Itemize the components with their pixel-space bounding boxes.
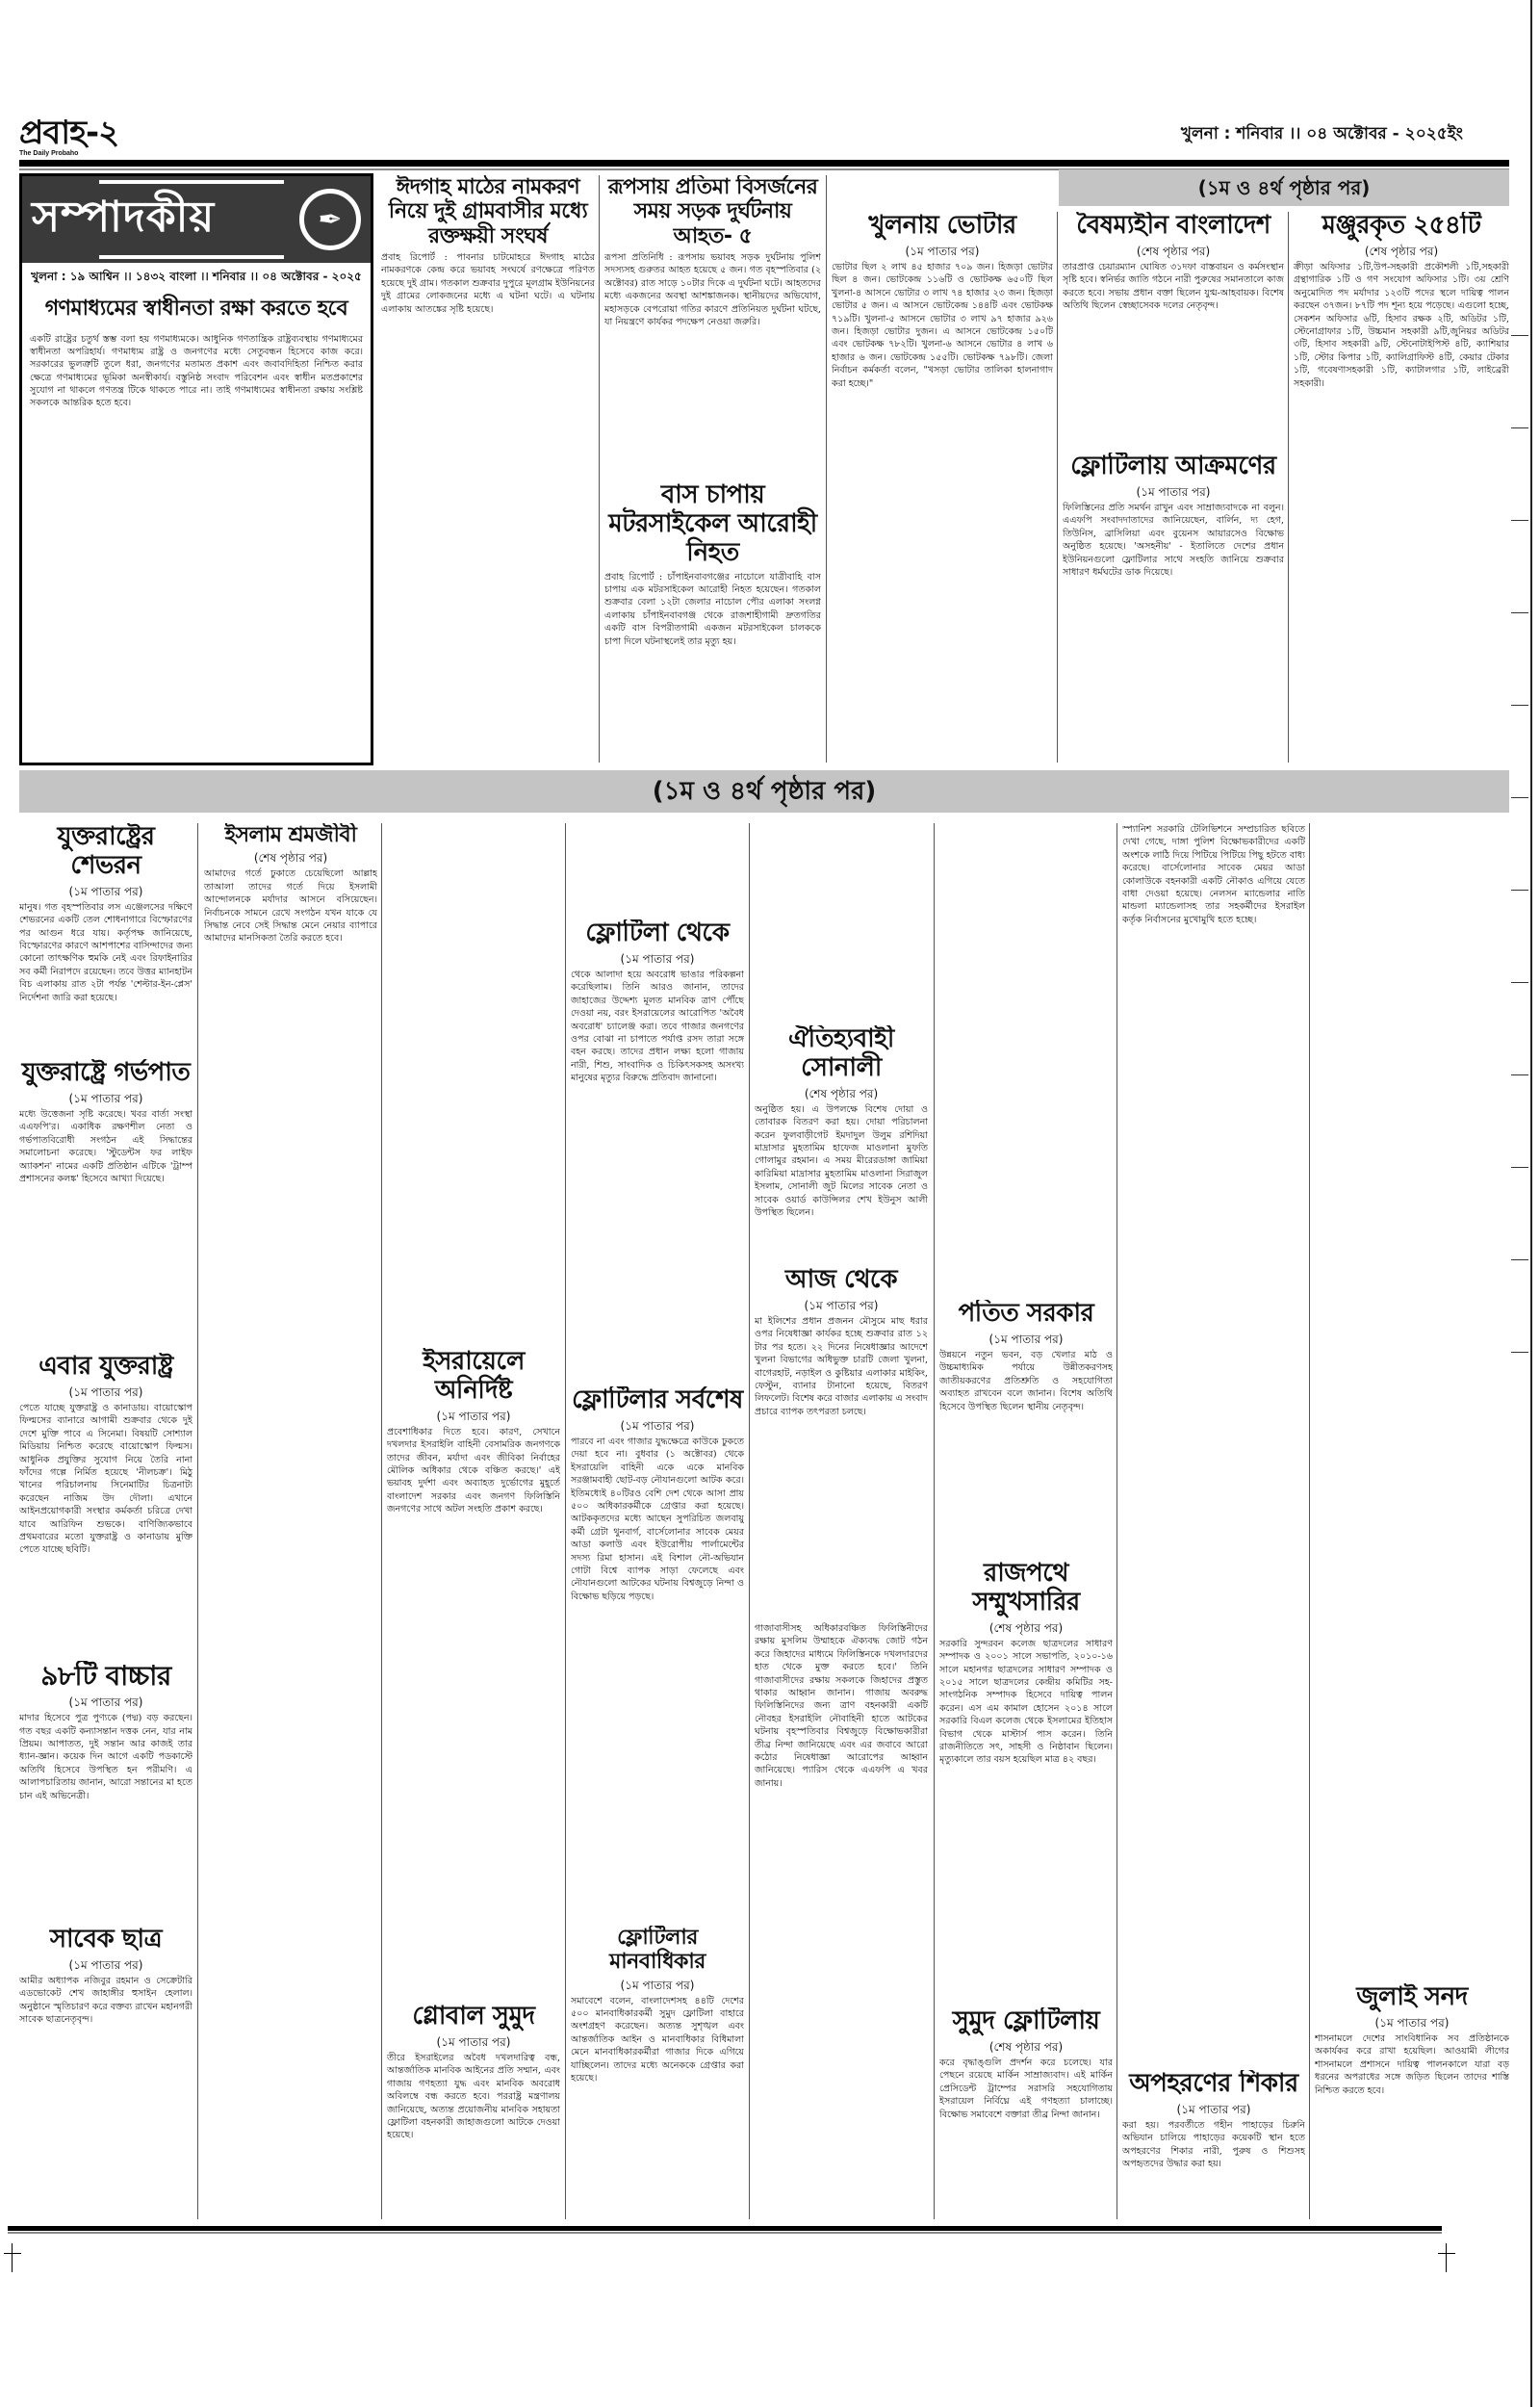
story-islam-workers: ইসলাম শ্রমজীবী (শেষ পৃষ্ঠার পর) আমাদের গ… [204,823,377,2219]
story-headline: রাজপথে সম্মুখসারির [939,1560,1113,1618]
jump-label: (১ম পাতার পর) [1122,2102,1305,2117]
jump-label: (শেষ পৃষ্ঠার পর) [939,2039,1113,2055]
story-body: প্রবাহ রিপোর্ট : চাঁপাইনবাবগঞ্জের নাচোলে… [604,571,821,648]
story-headline: ইসলাম শ্রমজীবী [204,823,377,847]
story-headline: এবার যুক্তরাষ্ট্র [19,1353,192,1382]
jump-label: (১ম পাতার পর) [571,1418,744,1434]
registration-mark-icon [4,2243,21,2272]
story-headline: ৯৮টি বাচ্চার [19,1661,192,1692]
jump-label: (১ম পাতার পর) [832,244,1053,259]
story-body: শাসনামলে দেশের সাংবিধানিক সব প্রতিষ্ঠানক… [1315,2032,1509,2097]
jump-label: (১ম পাতার পর) [19,1957,192,1973]
top-rule [19,160,1509,167]
story-headline: ঈদগাহ মাঠের নামকরণ নিয়ে দুই গ্রামবাসীর … [381,175,595,248]
story-eidgah-clash: ঈদগাহ মাঠের নামকরণ নিয়ে দুই গ্রামবাসীর … [381,175,595,763]
story-sumud-continued: গাজাবাসীসহ অধিকারবঞ্চিত ফিলিস্তিনীদের রক… [755,1622,928,2219]
story-body: আমাদের গর্তে ঢুকাতে চেয়েছিলো আল্লাহ তাআ… [204,867,377,945]
story-headline: রূপসায় প্রতিমা বিসর্জনের সময় সড়ক দুর্… [604,175,821,248]
column-rule [826,175,827,763]
jump-label: (১ম পাতার পর) [387,2034,560,2050]
story-98-children: ৯৮টি বাচ্চার (১ম পাতার পর) মাদার হিসেবে … [19,1661,192,1916]
story-headline: গ্লোবাল সুমুদ [387,2003,560,2032]
story-body: সরকারি সুন্দরবন কলেজ ছাত্রদলের সাধারণ সম… [939,1638,1113,1767]
story-traditional-sonali: ঐতিহ্যবাহী সোনালী (শেষ পৃষ্ঠার পর) অনুষ্… [755,1025,928,1295]
bottom-rule-thin [8,2232,1442,2234]
jump-label: (শেষ পৃষ্ঠার পর) [1294,244,1509,259]
story-july-charter: জুলাই সনদ (১ম পাতার পর) শাসনামলে দেশের স… [1315,1983,1509,2219]
jump-label: (১ম পাতার পর) [939,1332,1113,1347]
column-rule [749,823,750,2219]
story-body: পেতে যাচ্ছে যুক্তরাষ্ট্র ও কানাডায়। বায… [19,1402,192,1557]
story-boishommohin: বৈষম্যহীন বাংলাদেশ (শেষ পৃষ্ঠার পর) তারপ… [1063,212,1284,453]
story-chevron: যুক্তরাষ্ট্রের শেভরন (১ম পাতার পর) মানুষ… [19,823,192,1016]
bottom-rule [8,2226,1442,2231]
story-body: আমীর অধ্যাপক নজিবুর রহমান ও সেক্রেটারি এ… [19,1975,192,2027]
story-body: মধ্যে উত্তেজনা সৃষ্টি করেছে। খবর বার্তা … [19,1108,192,1185]
continuation-banner-top: (১ম ও ৪র্থ পৃষ্ঠার পর) [1059,169,1509,206]
story-headline: আজ থেকে [755,1266,928,1295]
story-headline: ইসরায়েলে অনির্দিষ্ট [387,1348,560,1406]
story-body: তারপ্রাপ্ত চেয়ারম্যান ঘোষিত ৩১দফা বাস্ত… [1063,261,1284,313]
story-from-today: আজ থেকে (১ম পাতার পর) মা ইলিশের প্রধান প… [755,1266,928,1613]
registration-mark-icon [1438,2243,1455,2272]
jump-label: (শেষ পৃষ্ঠার পর) [1063,244,1284,259]
story-body: রূপসা প্রতিনিধি : রূপসায় ভয়াবহ সড়ক দু… [604,251,821,328]
column-rule [197,823,198,2219]
jump-label: (১ম পাতার পর) [19,1385,192,1400]
editorial-date: খুলনা : ১৯ আশ্বিন ।। ১৪৩২ বাংলা ।। শনিবা… [22,263,371,290]
story-body: প্রবেশাধিকার দিতে হবে। কারণ, সেখানে দখলদ… [387,1426,560,1516]
story-rupsa-accident: রূপসায় প্রতিমা বিসর্জনের সময় সড়ক দুর্… [604,175,821,474]
story-body: প্রবাহ রিপোর্ট : পাবনার চাটমোহরে ঈদগাহ ম… [381,251,595,316]
story-body: তীরে ইসরাইলের অবৈধ দখলদারিত্ব বন্ধ, আন্ত… [387,2052,560,2142]
column-rule [1288,212,1289,763]
story-floatila-from: ফ্লোটিলা থেকে (১ম পাতার পর) থেকে আলাদা হ… [571,919,744,1208]
story-body: মানুষ। গত বৃহস্পতিবার লস এঞ্জেলসের দক্ষি… [19,901,192,1004]
story-usa-release: এবার যুক্তরাষ্ট্র (১ম পাতার পর) পেতে যাচ… [19,1353,192,1651]
story-body: পারবে না এবং গাজার যুদ্ধক্ষেত্রে কাউকে ঢ… [571,1436,744,1603]
story-khulna-voters: খুলনায় ভোটার (১ম পাতার পর) ভোটার ছিল ২ … [832,212,1053,763]
jump-label: (১ম পাতার পর) [571,1978,744,1993]
story-body: স্প্যানিশ সরকারি টেলিভিশনে সম্প্রচারিত ছ… [1122,823,1305,926]
editorial-headline: গণমাধ্যমের স্বাধীনতা রক্ষা করতে হবে [22,290,371,333]
story-abduction: অপহরণের শিকার (১ম পাতার পর) করা হয়। পরব… [1122,2070,1305,2219]
story-headline: বৈষম্যহীন বাংলাদেশ [1063,212,1284,241]
story-body: সমাবেশে বলেন, বাংলাদেশসহ ৪৪টি দেশের ৫০০ … [571,1995,744,2085]
story-headline: ফ্লোটিলার মানবাধিকার [571,1926,744,1975]
story-body: মাদার হিসেবে পুত্র পুণ্যকে (পদ্ম) বড় কর… [19,1712,192,1802]
story-headline: যুক্তরাষ্ট্রের শেভরন [19,823,192,881]
jump-label: (১ম পাতার পর) [1315,2015,1509,2031]
story-floatila-attack: ফ্লোটিলায় আক্রমণের (১ম পাতার পর) ফিলিস্… [1063,453,1284,763]
story-headline: বাস চাপায় মটরসাইকেল আরোহী নিহত [604,481,821,568]
column-rule [1057,212,1058,763]
story-former-student: সাবেক ছাত্র (১ম পাতার পর) আমীর অধ্যাপক ন… [19,1926,192,2219]
pen-nib-icon: ✒ [299,189,361,250]
column-rule [1309,823,1310,2219]
editorial-title: সম্পাদকীয় [32,185,299,255]
jump-label: (১ম পাতার পর) [387,1409,560,1424]
story-body: ক্রীড়া অফিসার ১টি,উপ-সহকারী প্রকৌশলী ১ট… [1294,261,1509,390]
masthead: প্রবাহ-২ The Daily Probaho [19,116,183,164]
page-edge-line [1530,0,1532,2407]
jump-label: (১ম পাতার পর) [19,884,192,899]
column-rule [599,175,600,763]
dateline: খুলনা : শনিবার ।। ০৪ অক্টোবর - ২০২৫ইং [1181,121,1463,148]
jump-label: (শেষ পৃষ্ঠার পর) [755,1086,928,1101]
story-floatila-latest: ফ্লোটিলার সর্বশেষ (১ম পাতার পর) পারবে না… [571,1386,744,1714]
story-headline: ফ্লোটিলা থেকে [571,919,744,948]
story-body: করা হয়। পরবর্তীতে গহীন পাহাড়ের চিরুনি … [1122,2119,1305,2171]
editorial-body: একটি রাষ্ট্রের চতুর্থ স্তম্ভ বলা হয় গণম… [22,333,371,409]
story-bus-motorcycle: বাস চাপায় মটরসাইকেল আরোহী নিহত প্রবাহ র… [604,481,821,763]
story-israel-indefinite: ইসরায়েলে অনির্দিষ্ট (১ম পাতার পর) প্রবে… [387,1348,560,1733]
story-headline: ফ্লোটিলার সর্বশেষ [571,1386,744,1415]
column-rule [381,823,382,2219]
continuation-banner-middle: (১ম ও ৪র্থ পৃষ্ঠার পর) [19,770,1509,813]
story-headline: খুলনায় ভোটার [832,212,1053,241]
story-headline: ঐতিহ্যবাহী সোনালী [755,1025,928,1083]
story-headline: সুমুদ ফ্লোটিলায় [939,2007,1113,2036]
story-frontline-street: রাজপথে সম্মুখসারির (শেষ পৃষ্ঠার পর) সরকা… [939,1560,1113,1964]
story-headline: সাবেক ছাত্র [19,1926,192,1954]
jump-label: (১ম পাতার পর) [571,951,744,967]
story-body: থেকে আলাদা হয়ে অবরোধ ভাঙার পরিকল্পনা কর… [571,969,744,1085]
story-floatila-rights: ফ্লোটিলার মানবাধিকার (১ম পাতার পর) সমাবে… [571,1926,744,2219]
newspaper-logo: প্রবাহ-২ [19,116,183,150]
jump-label: (১ম পাতার পর) [1063,484,1284,500]
story-headline: যুক্তরাষ্ট্রে গর্ভপাত [19,1059,192,1088]
story-headline: অপহরণের শিকার [1122,2070,1305,2099]
story-abortion: যুক্তরাষ্ট্রে গর্ভপাত (১ম পাতার পর) মধ্য… [19,1059,192,1338]
editorial-header: সম্পাদকীয় ✒ [22,176,371,263]
story-headline: ফ্লোটিলায় আক্রমণের [1063,453,1284,481]
story-body: ভোটার ছিল ২ লাখ ৪৫ হাজার ৭০৯ জন। হিজড়া … [832,261,1053,390]
story-body: ফিলিস্তিনের প্রতি সমর্থন রাখুন এবং সাম্র… [1063,502,1284,579]
column-rule [565,823,566,2219]
story-sanctioned-posts: মঞ্জুরকৃত ২৫৪টি (শেষ পৃষ্ঠার পর) ক্রীড়া… [1294,212,1509,763]
jump-label: (শেষ পৃষ্ঠার পর) [939,1620,1113,1636]
story-headline: মঞ্জুরকৃত ২৫৪টি [1294,212,1509,241]
jump-label: (শেষ পৃষ্ঠার পর) [204,850,377,866]
jump-label: (১ম পাতার পর) [19,1091,192,1106]
story-sumud-floatila: সুমুদ ফ্লোটিলায় (শেষ পৃষ্ঠার পর) করে বৃ… [939,2007,1113,2219]
story-global-sumud: গ্লোবাল সুমুদ (১ম পাতার পর) তীরে ইসরাইলে… [387,2003,560,2219]
margin-ticks [1511,289,1528,1444]
jump-label: (১ম পাতার পর) [755,1298,928,1313]
story-spain-protest: স্প্যানিশ সরকারি টেলিভিশনে সম্প্রচারিত ছ… [1122,823,1305,2084]
story-body: উন্নয়নে নতুন ভবন, বড় খেলার মাঠ ও উচ্চম… [939,1349,1113,1413]
story-body: গাজাবাসীসহ অধিকারবঞ্চিত ফিলিস্তিনীদের রক… [755,1622,928,1790]
story-body: মা ইলিশের প্রধান প্রজনন মৌসুমে মাছ ধরার … [755,1315,928,1418]
jump-label: (১ম পাতার পর) [19,1695,192,1710]
story-headline: জুলাই সনদ [1315,1983,1509,2012]
story-headline: পতিত সরকার [939,1300,1113,1329]
column-rule [934,823,935,2219]
story-body: করে বৃদ্ধাঙ্গুলি প্রদর্শন করে চলেছে। যার… [939,2057,1113,2121]
editorial-box: সম্পাদকীয় ✒ খুলনা : ১৯ আশ্বিন ।। ১৪৩২ ব… [19,173,373,765]
story-fallen-government: পতিত সরকার (১ম পাতার পর) উন্নয়নে নতুন ভ… [939,1300,1113,1531]
story-body: অনুষ্ঠিত হয়। এ উপলক্ষে বিশেষ দোয়া ও তো… [755,1103,928,1220]
column-rule [1116,823,1117,2219]
